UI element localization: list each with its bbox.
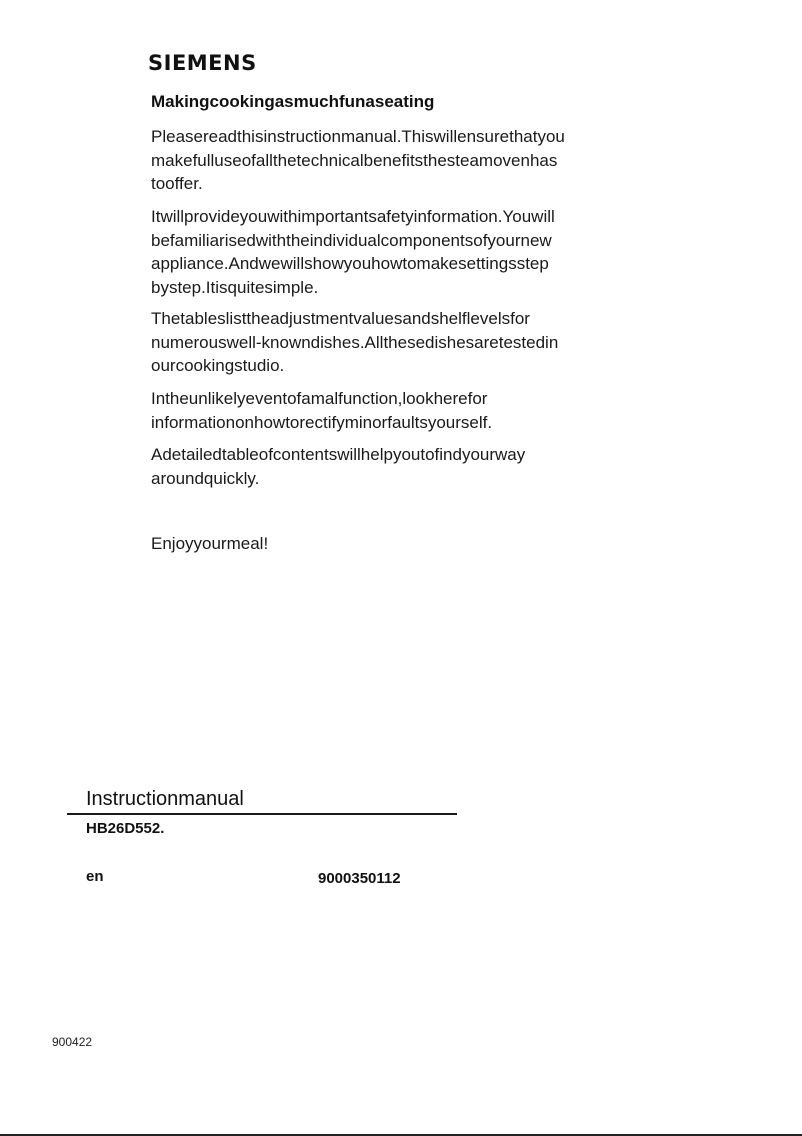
paragraph-line: Pleasereadthisinstructionmanual.Thiswill… xyxy=(151,125,611,149)
model-number: HB26D552. xyxy=(86,820,164,837)
intro-paragraph-tables: Thetableslisttheadjustmentvaluesandshelf… xyxy=(151,307,611,378)
intro-paragraph-malfunction: Intheunlikelyeventofamalfunction,lookher… xyxy=(151,387,611,434)
paragraph-line: bystep.Itisquitesimple. xyxy=(151,276,611,300)
paragraph-line: befamiliarisedwiththeindividualcomponent… xyxy=(151,229,611,253)
closing-line: Enjoyyourmeal! xyxy=(151,532,611,556)
paragraph-line: Thetableslisttheadjustmentvaluesandshelf… xyxy=(151,307,611,331)
paragraph-line: Intheunlikelyeventofamalfunction,lookher… xyxy=(151,387,611,411)
paragraph-line: tooffer. xyxy=(151,172,611,196)
paragraph-line: informationonhowtorectifyminorfaultsyour… xyxy=(151,411,611,435)
intro-paragraph-read-manual: Pleasereadthisinstructionmanual.Thiswill… xyxy=(151,125,611,196)
siemens-logo: SIEMENS xyxy=(148,51,257,75)
intro-headline: Makingcookingasmuchfunaseating xyxy=(151,92,434,112)
manual-title: Instructionmanual xyxy=(86,788,244,811)
intro-paragraph-safety: Itwillprovideyouwithimportantsafetyinfor… xyxy=(151,205,611,299)
paragraph-line: Adetailedtableofcontentswillhelpyoutofin… xyxy=(151,443,611,467)
closing-text: Enjoyyourmeal! xyxy=(151,532,611,556)
paragraph-line: ourcookingstudio. xyxy=(151,354,611,378)
language-code: en xyxy=(86,868,104,885)
title-divider xyxy=(67,813,457,815)
print-code: 900422 xyxy=(52,1035,92,1049)
paragraph-line: appliance.Andwewillshowyouhowtomakesetti… xyxy=(151,252,611,276)
paragraph-line: makefulluseofallthetechnicalbenefitsthes… xyxy=(151,149,611,173)
document-number: 9000350112 xyxy=(318,870,401,887)
paragraph-line: Itwillprovideyouwithimportantsafetyinfor… xyxy=(151,205,611,229)
paragraph-line: aroundquickly. xyxy=(151,467,611,491)
paragraph-line: numerouswell-knowndishes.Allthesedishesa… xyxy=(151,331,611,355)
intro-paragraph-contents: Adetailedtableofcontentswillhelpyoutofin… xyxy=(151,443,611,490)
